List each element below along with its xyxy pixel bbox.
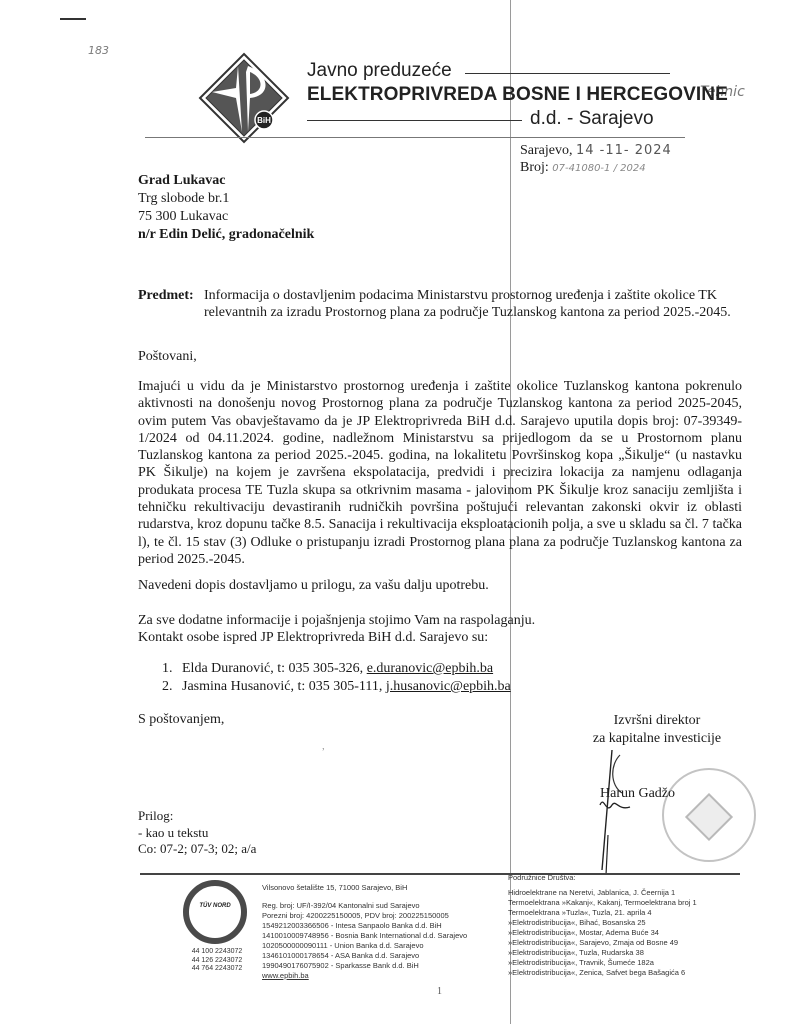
bank-account: 1020500000090111 - Union Banka d.d. Sara… [262, 941, 467, 951]
cc-list: Co: 07-2; 07-3; 02; a/a [138, 841, 256, 858]
contact-list: 1.Elda Duranović, t: 035 305-326, e.dura… [162, 660, 511, 696]
company-name: ELEKTROPRIVREDA BOSNE I HERCEGOVINE [307, 84, 728, 106]
official-stamp-icon [662, 768, 756, 862]
body-paragraph-3: Za sve dodatne informacije i pojašnjenja… [138, 612, 535, 646]
document-date: Sarajevo, 14 -11- 2024 [520, 143, 672, 159]
contact-number: 1. [162, 660, 182, 678]
contact-email-link[interactable]: j.husanovic@epbih.ba [386, 679, 511, 694]
recipient-street: Trg slobode br.1 [138, 190, 314, 208]
recipient-name: Grad Lukavac [138, 172, 314, 190]
date-value: 14 -11- 2024 [576, 143, 672, 158]
bank-account: 1346101000178654 - ASA Banka d.d. Saraje… [262, 951, 467, 961]
certification-codes: 44 100 2243072 44 126 2243072 44 764 224… [177, 948, 257, 974]
branch-item: »Elektrodistribucija«, Sarajevo, Zmaja o… [508, 938, 697, 948]
contact-item: 1.Elda Duranović, t: 035 305-326, e.dura… [162, 660, 511, 678]
greeting: Poštovani, [138, 349, 197, 365]
body-paragraph-1: Imajući u vidu da je Ministarstvo prosto… [138, 378, 742, 568]
cert-code: 44 126 2243072 [177, 957, 257, 966]
bank-account: 1549212003366506 - Intesa Sanpaolo Banka… [262, 921, 467, 931]
signatory-title-line1: Izvršni direktor [582, 712, 732, 730]
letterhead-rule [465, 73, 670, 74]
attachment-item: - kao u tekstu [138, 825, 256, 842]
registry-line: Reg. broj: UF/I-392/04 Kantonalni sud Sa… [262, 901, 467, 911]
certification-seal-icon [183, 880, 247, 944]
cert-code: 44 100 2243072 [177, 948, 257, 957]
closing: S poštovanjem, [138, 712, 224, 728]
ref-label: Broj: [520, 160, 549, 175]
subject-label: Predmet: [138, 287, 194, 304]
branch-item: »Elektrodistribucija«, Zenica, Safvet be… [508, 968, 697, 978]
branch-item: Termoelektrana »Kakanj«, Kakanj, Termoel… [508, 898, 697, 908]
letterhead-rule [307, 120, 522, 121]
attachments-block: Prilog: - kao u tekstu Co: 07-2; 07-3; 0… [138, 808, 256, 858]
cert-code: 44 764 2243072 [177, 965, 257, 974]
contact-text: Elda Duranović, t: 035 305-326, [182, 661, 367, 676]
registry-line: Porezni broj: 4200225150005, PDV broj: 2… [262, 911, 467, 921]
branch-item: Hidroelektrane na Neretvi, Jablanica, J.… [508, 888, 697, 898]
recipient-attention: n/r Edin Delić, gradonačelnik [138, 226, 314, 244]
scan-mark: , [322, 740, 325, 752]
svg-text:BiH: BiH [257, 116, 271, 125]
certification-label: TÜV NORD [191, 903, 239, 909]
bank-account: 1410010009748956 - Bosnia Bank Internati… [262, 931, 467, 941]
ref-number: 07-41080-1 / 2024 [552, 163, 645, 174]
branch-item: »Elektrodistribucija«, Mostar, Adema Buć… [508, 928, 697, 938]
subject-text: Informacija o dostavljenim podacima Mini… [204, 287, 744, 321]
handwritten-number: 183 [88, 44, 109, 57]
contact-text: Jasmina Husanović, t: 035 305-111, [182, 679, 386, 694]
signature-icon [590, 745, 650, 875]
signatory-title: Izvršni direktor za kapitalne investicij… [582, 712, 732, 748]
company-address: Vilsonovo šetalište 15, 71000 Sarajevo, … [262, 883, 467, 893]
branches-heading: Podružnice Društva: [508, 873, 697, 883]
letterhead-line1: Javno preduzeće [307, 60, 452, 82]
branch-item: Termoelektrana »Tuzla«, Tuzla, 21. april… [508, 908, 697, 918]
contact-number: 2. [162, 678, 182, 696]
branch-item: »Elektrodistribucija«, Travnik, Šumeće 1… [508, 958, 697, 968]
signatory-name: Harun Gadžo [600, 786, 675, 802]
bank-account: 1990490176075902 - Sparkasse Bank d.d. B… [262, 961, 467, 971]
letterhead-divider [145, 137, 685, 138]
company-info: Vilsonovo šetalište 15, 71000 Sarajevo, … [262, 883, 467, 981]
contact-item: 2.Jasmina Husanović, t: 035 305-111, j.h… [162, 678, 511, 696]
body-paragraph-3-line1: Za sve dodatne informacije i pojašnjenja… [138, 612, 535, 629]
branch-item: »Elektrodistribucija«, Bihać, Bosanska 2… [508, 918, 697, 928]
letterhead-line3: d.d. - Sarajevo [530, 108, 654, 130]
company-logo-icon: BiH [198, 52, 290, 144]
place-label: Sarajevo, [520, 143, 572, 158]
recipient-block: Grad Lukavac Trg slobode br.1 75 300 Luk… [138, 172, 314, 244]
attachments-label: Prilog: [138, 808, 256, 825]
recipient-city: 75 300 Lukavac [138, 208, 314, 226]
document-reference: Broj: 07-41080-1 / 2024 [520, 160, 646, 176]
body-paragraph-2: Navedeni dopis dostavljamo u prilogu, za… [138, 578, 489, 594]
scan-mark [60, 18, 86, 20]
website-link[interactable]: www.epbih.ba [262, 971, 467, 981]
contact-email-link[interactable]: e.duranovic@epbih.ba [367, 661, 493, 676]
page-number: 1 [437, 986, 442, 997]
body-paragraph-3-line2: Kontakt osobe ispred JP Elektroprivreda … [138, 629, 535, 646]
branches-list: Podružnice Društva: Hidroelektrane na Ne… [508, 873, 697, 978]
branch-item: »Elektrodistribucija«, Tuzla, Rudarska 3… [508, 948, 697, 958]
